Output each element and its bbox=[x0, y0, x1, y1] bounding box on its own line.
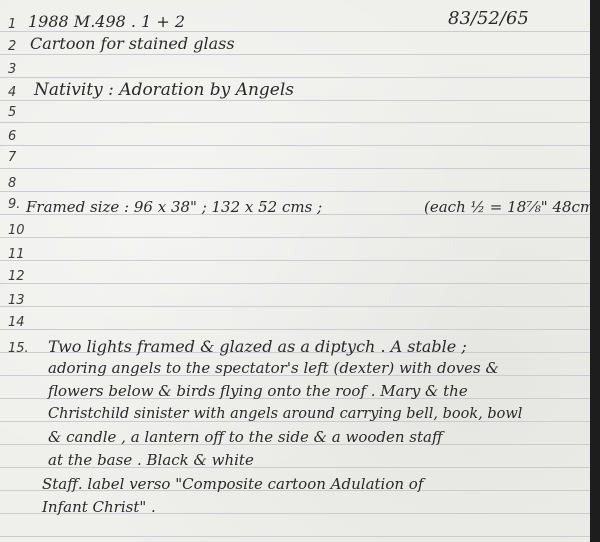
line-number: 9. bbox=[8, 198, 20, 211]
line-number: 3 bbox=[8, 63, 16, 76]
ruled-line bbox=[0, 122, 590, 123]
line-number: 1 bbox=[8, 18, 16, 31]
ruled-line bbox=[0, 77, 590, 78]
line-number: 8 bbox=[8, 177, 16, 190]
accession-line: 1988 M.498 . 1 + 2 bbox=[28, 14, 185, 30]
line-number: 2 bbox=[8, 40, 16, 53]
ruled-line bbox=[0, 191, 590, 192]
title-line: Nativity : Adoration by Angels bbox=[34, 82, 294, 99]
line-number: 4 bbox=[8, 86, 16, 99]
ruled-line bbox=[0, 168, 590, 169]
line-number: 15. bbox=[8, 342, 29, 355]
ruled-line bbox=[0, 306, 590, 307]
line-number: 14 bbox=[8, 316, 25, 329]
line-number: 12 bbox=[8, 270, 25, 283]
description-line-8: Infant Christ" . bbox=[42, 500, 156, 515]
description-line-5: & candle , a lantern off to the side & a… bbox=[48, 430, 443, 445]
ruled-line bbox=[0, 100, 590, 101]
panel-size-note: (each ½ = 18⅞" 48cms) bbox=[424, 200, 590, 215]
ruled-line bbox=[0, 31, 590, 32]
description-line-6: at the base . Black & white bbox=[48, 453, 254, 468]
ruled-line bbox=[0, 237, 590, 238]
framed-size-line: Framed size : 96 x 38" ; 132 x 52 cms ; bbox=[26, 200, 322, 215]
ruled-line bbox=[0, 283, 590, 284]
description-line-4: Christchild sinister with angels around … bbox=[48, 407, 522, 422]
ruled-line bbox=[0, 54, 590, 55]
line-number: 5 bbox=[8, 106, 16, 119]
description-line-2: adoring angels to the spectator's left (… bbox=[48, 361, 499, 376]
handwritten-record-page: 83/52/65 1 2 3 4 5 6 7 8 9. 10 11 12 13 … bbox=[0, 0, 590, 542]
scan-border bbox=[590, 0, 600, 542]
object-type-line: Cartoon for stained glass bbox=[30, 36, 235, 52]
description-line-1: Two lights framed & glazed as a diptych … bbox=[48, 339, 467, 355]
line-number: 10 bbox=[8, 224, 25, 237]
line-number: 11 bbox=[8, 248, 25, 261]
ruled-line bbox=[0, 145, 590, 146]
description-line-7: Staff. label verso "Composite cartoon Ad… bbox=[42, 477, 423, 492]
line-number: 7 bbox=[8, 151, 16, 164]
ruled-line bbox=[0, 329, 590, 330]
line-number: 13 bbox=[8, 294, 25, 307]
ruled-line bbox=[0, 536, 590, 537]
line-number: 6 bbox=[8, 130, 16, 143]
description-line-3: flowers below & birds flying onto the ro… bbox=[48, 384, 468, 399]
ruled-line bbox=[0, 260, 590, 261]
reference-number: 83/52/65 bbox=[448, 10, 529, 28]
